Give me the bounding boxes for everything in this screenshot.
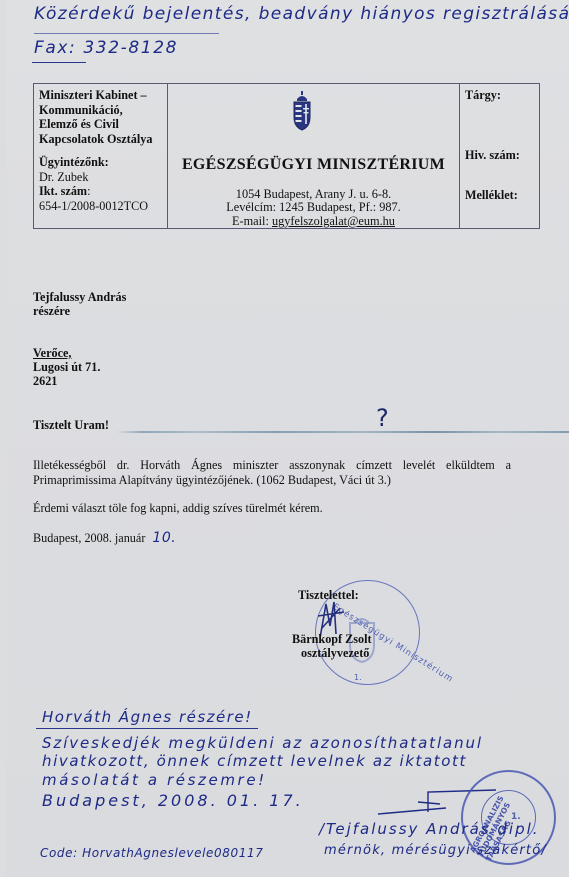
department-line: Elemző és Civil — [39, 117, 167, 132]
letterhead-table: Miniszteri Kabinet – Kommunikáció, Elemz… — [33, 83, 540, 229]
closing: Tisztelettel: — [298, 588, 359, 603]
ministry-stamp-number: 1. — [354, 673, 362, 682]
clerk-name: Dr. Zubek — [39, 170, 167, 185]
department-line: Miniszteri Kabinet – — [39, 88, 167, 103]
letter-date: Budapest, 2008. január 10. — [33, 531, 176, 546]
department-line: Kommunikáció, — [39, 103, 167, 118]
recipient-name: Tejfalussy András — [33, 290, 126, 305]
letter-paragraph: Érdemi választ töle fog kapni, addig szí… — [33, 501, 323, 516]
handwritten-fax-underline — [32, 62, 86, 63]
subject-label: Tárgy: — [465, 88, 501, 103]
letter-paragraph: Illetékességből dr. Horváth Ágnes minisz… — [33, 458, 511, 487]
recipient-zip: 2621 — [33, 374, 57, 389]
email-link[interactable]: ugyfelszolgalat@eum.hu — [272, 214, 395, 228]
department-line: Kapcsolatok Osztálya — [39, 132, 167, 147]
clerk-label: Ügyintézőnk: — [39, 155, 167, 170]
handwritten-subject-line: Közérdekű bejelentés, beadvány hiányos r… — [34, 4, 569, 24]
handwritten-note-line: Szíveskedjék megküldeni az azonosíthatat… — [42, 734, 483, 752]
file-number-label: Ikt. szám — [39, 184, 87, 198]
handwritten-author-title: mérnök, mérésügyi szakértő/ — [324, 843, 547, 858]
handwritten-fax-number: Fax: 332-8128 — [34, 38, 178, 58]
signatory-name: Bärnkopf Zsolt — [292, 632, 372, 647]
recipient-city: Verőce, — [33, 346, 71, 361]
handwritten-author-signature: /Tejfalussy András dipl. — [319, 820, 540, 838]
letterhead-ministry-cell: EGÉSZSÉGÜGYI MINISZTÉRIUM 1054 Budapest,… — [168, 84, 460, 228]
letterhead-department-cell: Miniszteri Kabinet – Kommunikáció, Elemz… — [34, 84, 168, 228]
salutation: Tisztelt Uram! — [33, 418, 109, 433]
scan-fold-line — [116, 431, 569, 433]
handwritten-note-line: hivatkozott, önnek címzett levelnek az i… — [42, 752, 467, 770]
file-number: 654-1/2008-0012TCO — [39, 199, 167, 214]
handwritten-underline — [34, 33, 219, 34]
attachment-label: Melléklet: — [465, 188, 518, 203]
hungarian-coat-of-arms-icon — [290, 91, 314, 131]
handwritten-question-mark: ? — [376, 404, 389, 432]
handwritten-note-underline — [36, 728, 258, 729]
ministry-name: EGÉSZSÉGÜGYI MINISZTÉRIUM — [168, 156, 459, 174]
letterhead-reference-cell: Tárgy: Hiv. szám: Melléklet: — [460, 84, 539, 228]
handwritten-code: Code: HorvathAgneslevele080117 — [40, 846, 263, 860]
handwritten-note-line: másolatát a részemre! — [42, 771, 267, 789]
email-line: E-mail: ugyfelszolgalat@eum.hu — [168, 214, 459, 229]
recipient-for: részére — [33, 304, 70, 319]
postal-address-line: Levélcím: 1245 Budapest, Pf.: 987. — [168, 200, 459, 215]
signatory-title: osztályvezető — [301, 646, 369, 661]
recipient-street: Lugosi út 71. — [33, 360, 100, 375]
scanned-letter-page: Közérdekű bejelentés, beadvány hiányos r… — [6, 0, 569, 877]
handwritten-day: 10. — [152, 530, 176, 546]
handwritten-note-heading: Horváth Ágnes részére! — [42, 708, 253, 726]
handwritten-note-date: Budapest, 2008. 01. 17. — [42, 791, 304, 810]
reference-number-label: Hiv. szám: — [465, 148, 520, 163]
